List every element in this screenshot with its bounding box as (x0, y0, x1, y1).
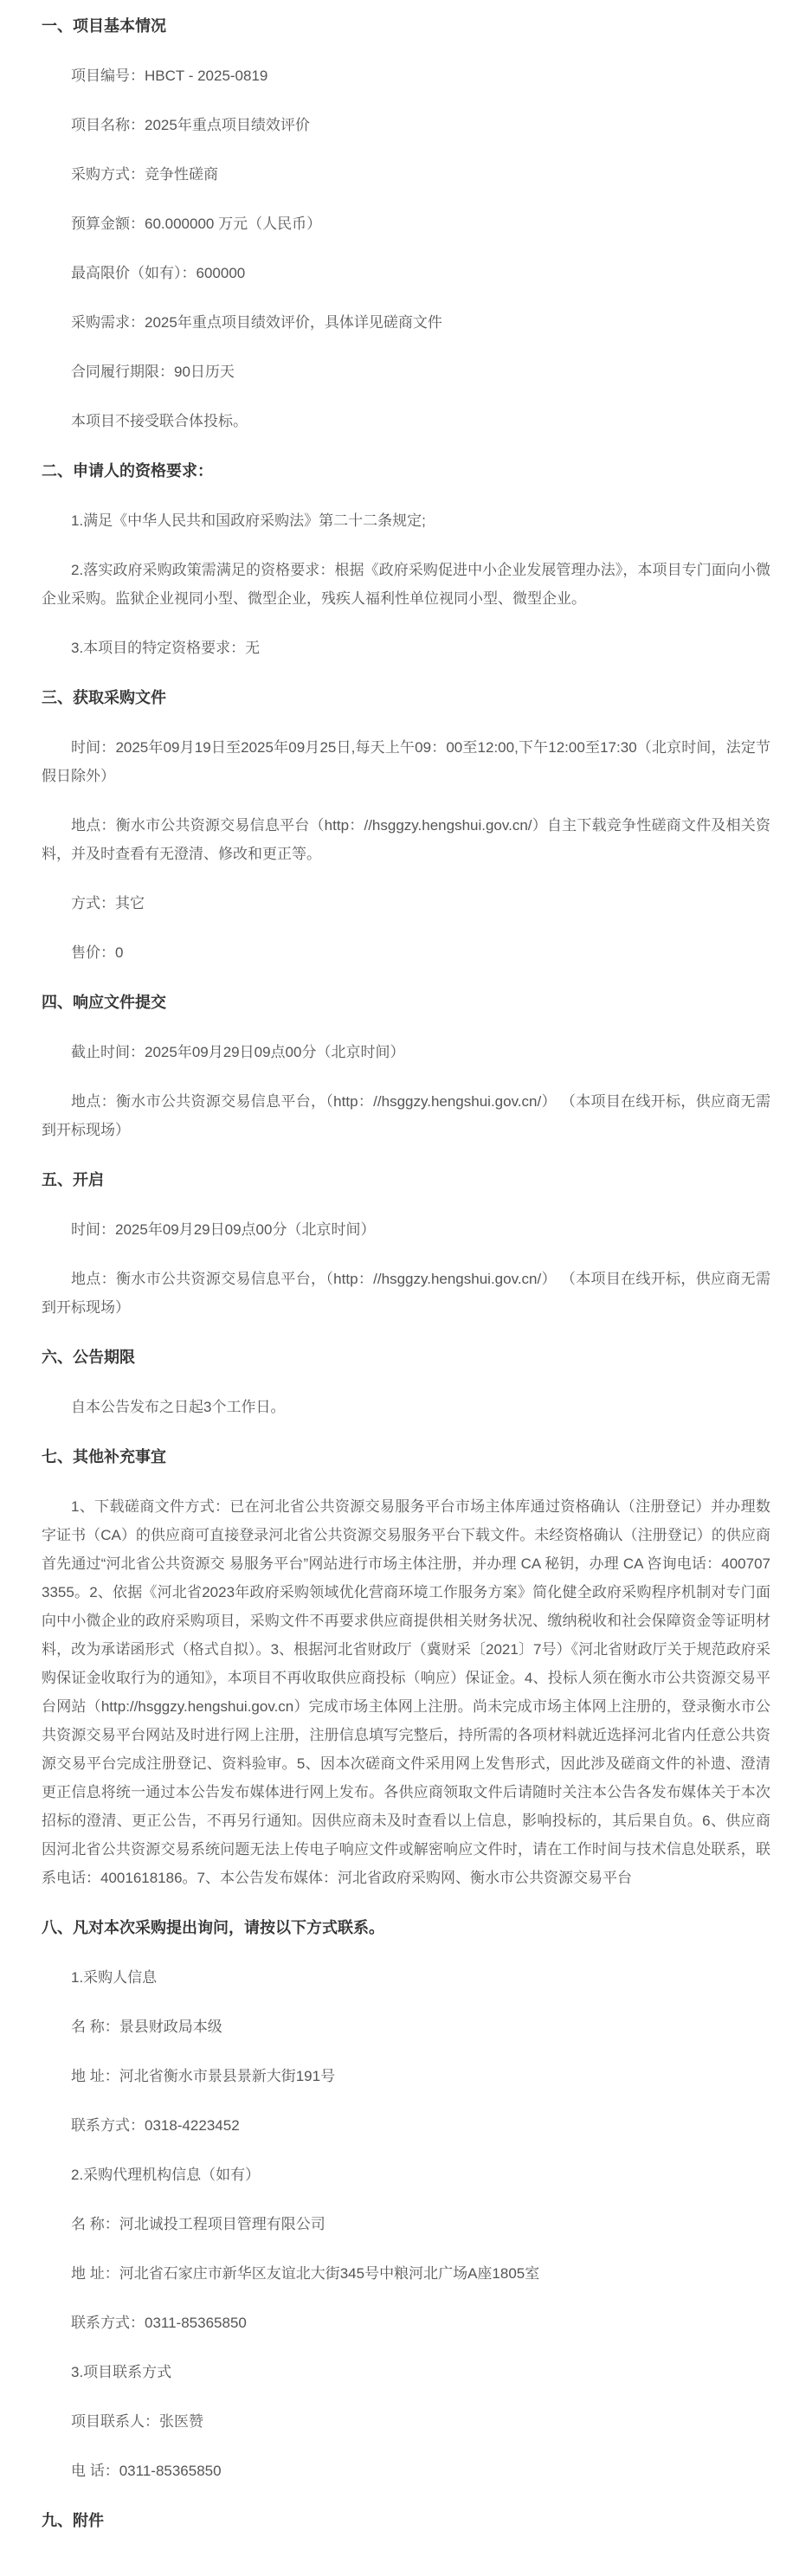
max-price-limit: 最高限价（如有）：600000 (42, 259, 770, 287)
procurement-announcement-document: 一、项目基本情况 项目编号：HBCT - 2025-0819 项目名称：2025… (0, 0, 812, 2576)
agency-info-title: 2.采购代理机构信息（如有） (42, 2161, 770, 2189)
section-heading-obtain-documents: 三、获取采购文件 (42, 684, 770, 712)
contract-period: 合同履行期限：90日历天 (42, 357, 770, 386)
qualification-requirement-3: 3.本项目的特定资格要求：无 (42, 634, 770, 662)
budget-amount: 预算金额：60.000000 万元（人民币） (42, 209, 770, 238)
section-heading-response-submission: 四、响应文件提交 (42, 989, 770, 1016)
buyer-contact: 联系方式：0318-4223452 (42, 2111, 770, 2140)
section-obtain-documents: 三、获取采购文件 时间：2025年09月19日至2025年09月25日,每天上午… (42, 684, 770, 967)
opening-time: 时间：2025年09月29日09点00分（北京时间） (42, 1215, 770, 1244)
project-contact-title: 3.项目联系方式 (42, 2358, 770, 2386)
procurement-method: 采购方式：竞争性磋商 (42, 160, 770, 189)
obtain-location: 地点：衡水市公共资源交易信息平台（http：//hsggzy.hengshui.… (42, 811, 770, 868)
project-contact-phone: 电 话：0311-85365850 (42, 2457, 770, 2485)
section-announcement-period: 六、公告期限 自本公告发布之日起3个工作日。 (42, 1343, 770, 1421)
project-number: 项目编号：HBCT - 2025-0819 (42, 61, 770, 90)
section-heading-contact-info: 八、凡对本次采购提出询问，请按以下方式联系。 (42, 1914, 770, 1942)
agency-address: 地 址：河北省石家庄市新华区友谊北大街345号中粮河北广场A座1805室 (42, 2259, 770, 2288)
section-applicant-qualifications: 二、申请人的资格要求： 1.满足《中华人民共和国政府采购法》第二十二条规定; 2… (42, 457, 770, 662)
section-project-basic-info: 一、项目基本情况 项目编号：HBCT - 2025-0819 项目名称：2025… (42, 12, 770, 435)
procurement-requirement: 采购需求：2025年重点项目绩效评价，具体详见磋商文件 (42, 308, 770, 337)
obtain-method: 方式：其它 (42, 889, 770, 918)
submission-deadline: 截止时间：2025年09月29日09点00分（北京时间） (42, 1038, 770, 1066)
announcement-period-text: 自本公告发布之日起3个工作日。 (42, 1393, 770, 1421)
submission-location: 地点：衡水市公共资源交易信息平台，（http：//hsggzy.hengshui… (42, 1087, 770, 1144)
buyer-address: 地 址：河北省衡水市景县景新大街191号 (42, 2062, 770, 2090)
section-opening: 五、开启 时间：2025年09月29日09点00分（北京时间） 地点：衡水市公共… (42, 1166, 770, 1322)
agency-contact: 联系方式：0311-85365850 (42, 2309, 770, 2337)
qualification-requirement-2: 2.落实政府采购政策需满足的资格要求：根据《政府采购促进中小企业发展管理办法》，… (42, 556, 770, 613)
section-heading-attachments: 九、附件 (42, 2507, 770, 2534)
project-name: 项目名称：2025年重点项目绩效评价 (42, 111, 770, 139)
section-contact-info: 八、凡对本次采购提出询问，请按以下方式联系。 1.采购人信息 名 称：景县财政局… (42, 1914, 770, 2485)
project-contact-person: 项目联系人：张医赞 (42, 2407, 770, 2436)
section-supplementary-matters: 七、其他补充事宜 1、下载磋商文件方式：已在河北省公共资源交易服务平台市场主体库… (42, 1443, 770, 1892)
section-heading-project-basic-info: 一、项目基本情况 (42, 12, 770, 40)
buyer-info-title: 1.采购人信息 (42, 1963, 770, 1992)
obtain-time: 时间：2025年09月19日至2025年09月25日,每天上午09：00至12:… (42, 733, 770, 790)
qualification-requirement-1: 1.满足《中华人民共和国政府采购法》第二十二条规定; (42, 506, 770, 535)
section-heading-announcement-period: 六、公告期限 (42, 1343, 770, 1371)
section-attachments: 九、附件 (42, 2507, 770, 2534)
agency-name: 名 称：河北诚投工程项目管理有限公司 (42, 2210, 770, 2238)
buyer-name: 名 称：景县财政局本级 (42, 2012, 770, 2041)
section-heading-applicant-qualifications: 二、申请人的资格要求： (42, 457, 770, 485)
section-response-submission: 四、响应文件提交 截止时间：2025年09月29日09点00分（北京时间） 地点… (42, 989, 770, 1144)
consortium-bid-note: 本项目不接受联合体投标。 (42, 407, 770, 435)
document-price: 售价：0 (42, 938, 770, 967)
section-heading-opening: 五、开启 (42, 1166, 770, 1194)
supplementary-notes: 1、下载磋商文件方式：已在河北省公共资源交易服务平台市场主体库通过资格确认（注册… (42, 1492, 770, 1892)
opening-location: 地点：衡水市公共资源交易信息平台，（http：//hsggzy.hengshui… (42, 1265, 770, 1322)
section-heading-supplementary-matters: 七、其他补充事宜 (42, 1443, 770, 1471)
